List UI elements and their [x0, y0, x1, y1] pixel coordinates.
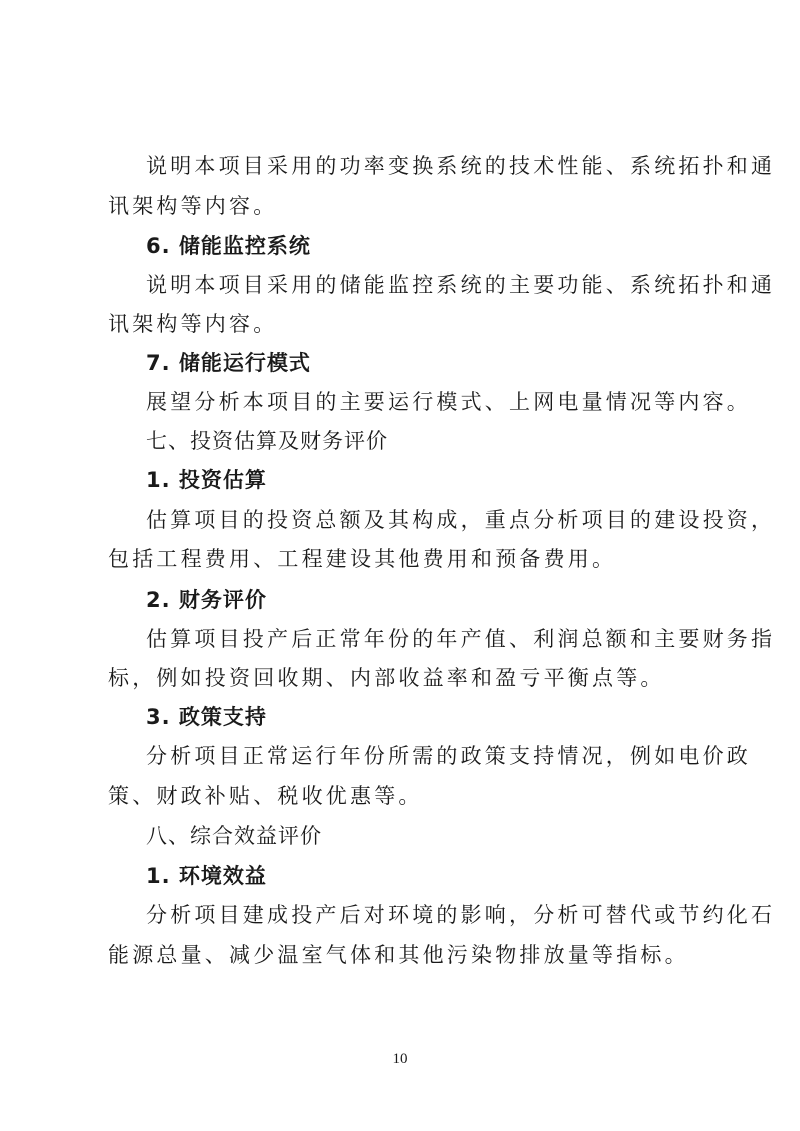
subheading-operation-mode: 7. 储能运行模式 — [146, 353, 311, 374]
section-heading-benefits: 八、综合效益评价 — [146, 826, 322, 847]
body-text: 分析项目建成投产后对环境的影响，分析可替代或节约化石 — [146, 905, 775, 926]
body-text: 估算项目的投资总额及其构成，重点分析项目的建设投资， — [146, 510, 775, 531]
body-text: 策、财政补贴、税收优惠等。 — [108, 786, 423, 807]
subheading-monitoring-system: 6. 储能监控系统 — [146, 236, 311, 257]
body-text: 展望分析本项目的主要运行模式、上网电量情况等内容。 — [146, 392, 751, 413]
body-text: 讯架构等内容。 — [108, 196, 277, 217]
body-text: 能源总量、减少温室气体和其他污染物排放量等指标。 — [108, 945, 689, 966]
body-text: 讯架构等内容。 — [108, 314, 277, 335]
subheading-financial-evaluation: 2. 财务评价 — [146, 590, 267, 611]
body-text: 说明本项目采用的功率变换系统的技术性能、系统拓扑和通 — [146, 156, 775, 177]
body-text: 分析项目正常运行年份所需的政策支持情况，例如电价政 — [146, 746, 751, 767]
body-text: 说明本项目采用的储能监控系统的主要功能、系统拓扑和通 — [146, 275, 775, 296]
subheading-investment-estimate: 1. 投资估算 — [146, 470, 267, 491]
body-text: 包括工程费用、工程建设其他费用和预备费用。 — [108, 549, 616, 570]
subheading-policy-support: 3. 政策支持 — [146, 707, 267, 728]
body-text: 估算项目投产后正常年份的年产值、利润总额和主要财务指 — [146, 629, 775, 650]
section-heading-investment: 七、投资估算及财务评价 — [146, 431, 388, 452]
page-number: 10 — [0, 1051, 800, 1068]
subheading-environmental-benefit: 1. 环境效益 — [146, 866, 267, 887]
body-text: 标，例如投资回收期、内部收益率和盈亏平衡点等。 — [108, 668, 665, 689]
